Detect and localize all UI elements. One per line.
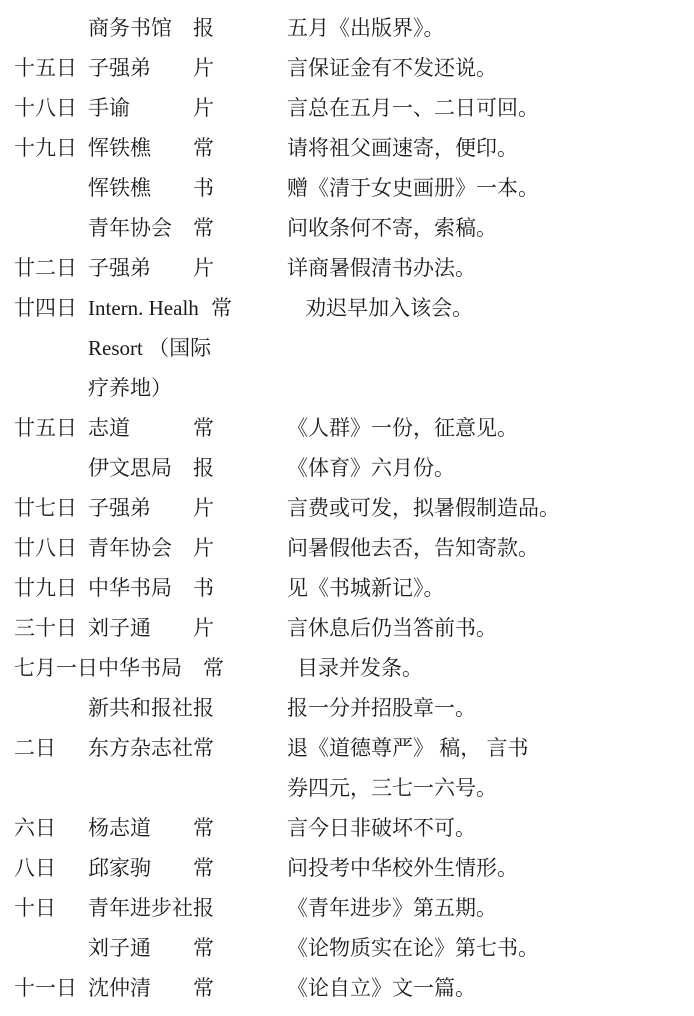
description-cell: 言总在五月一、二日可回。 — [287, 88, 680, 128]
correspondent-cell: 青年协会 — [88, 208, 193, 248]
table-row: 三十日 刘子通 片 言休息后仍当答前书。 — [14, 608, 680, 648]
description-cell: 问投考中华校外生情形。 — [287, 848, 680, 888]
description-cell: 言今日非破坏不可。 — [287, 808, 680, 848]
date-cell: 十日 — [14, 888, 88, 928]
correspondent-cell: 邱家驹 — [88, 848, 193, 888]
table-row: 廿八日 青年协会 片 问暑假他去否，告知寄款。 — [14, 528, 680, 568]
letter-type-cell: 常 — [193, 928, 287, 968]
correspondent-cell: 刘子通 — [88, 928, 193, 968]
date-cell: 廿五日 — [14, 408, 88, 448]
correspondent-cell: 子强弟 — [88, 48, 193, 88]
description-cell: 《青年进步》第五期。 — [287, 888, 680, 928]
table-row: 青年协会 常 问收条何不寄，索稿。 — [14, 208, 680, 248]
correspondent-cell: 杨志道 — [88, 808, 193, 848]
table-row: 十九日 恽铁樵 常 请将祖父画速寄，便印。 — [14, 128, 680, 168]
letter-type-cell: 常 — [193, 808, 287, 848]
letter-type-cell: 常 — [193, 968, 287, 1008]
table-row: 廿五日 志道 常 《人群》一份，征意见。 — [14, 408, 680, 448]
description-cell: 《论自立》文一篇。 — [287, 968, 680, 1008]
table-row: 刘子通 常 《论物质实在论》第七书。 — [14, 928, 680, 968]
date-cell: 廿九日 — [14, 568, 88, 608]
letter-type-cell: 常 — [211, 288, 305, 328]
letter-type-cell: 片 — [193, 528, 287, 568]
correspondent-cell: 恽铁樵 — [88, 168, 193, 208]
date-cell: 八日 — [14, 848, 88, 888]
ledger-page: 商务书馆 报 五月《出版界》。 十五日 子强弟 片 言保证金有不发还说。 十八日… — [0, 0, 694, 1016]
date-cell: 廿二日 — [14, 248, 88, 288]
table-row: 廿七日 子强弟 片 言费或可发，拟暑假制造品。 — [14, 488, 680, 528]
letter-type-cell: 报 — [193, 8, 287, 48]
description-cell: 见《书城新记》。 — [287, 568, 680, 608]
date-cell: 十五日 — [14, 48, 88, 88]
letter-type-cell: 报 — [193, 888, 287, 928]
letter-type-cell: 片 — [193, 88, 287, 128]
description-cell: 言费或可发，拟暑假制造品。 — [287, 488, 680, 528]
description-cell: 劝迟早加入该会。 — [305, 288, 680, 328]
letter-type-cell: 片 — [193, 48, 287, 88]
date-cell: 十八日 — [14, 88, 88, 128]
date-cell: 三十日 — [14, 608, 88, 648]
description-cell: 详商暑假清书办法。 — [287, 248, 680, 288]
description-cell: 请将祖父画速寄，便印。 — [287, 128, 680, 168]
description-cell: 目录并发条。 — [297, 648, 680, 688]
description-cell: 报一分并招股章一。 — [287, 688, 680, 728]
table-row: 七月一日 中华书局 常 目录并发条。 — [14, 648, 680, 688]
description-cell: 言休息后仍当答前书。 — [287, 608, 680, 648]
date-cell: 廿七日 — [14, 488, 88, 528]
letter-type-cell: 报 — [193, 688, 287, 728]
description-cell: 赠《清于女史画册》一本。 — [287, 168, 680, 208]
correspondent-cell: 刘子通 — [88, 608, 193, 648]
letter-type-cell: 书 — [193, 168, 287, 208]
letter-type-cell: 常 — [193, 128, 287, 168]
correspondent-cell: 中华书局 — [98, 648, 203, 688]
table-row: 新共和报社 报 报一分并招股章一。 — [14, 688, 680, 728]
description-cell: 问暑假他去否，告知寄款。 — [287, 528, 680, 568]
correspondent-cell: 中华书局 — [88, 568, 193, 608]
description-cell: 退《道德尊严》 稿， 言书 券四元，三七一六号。 — [287, 728, 680, 808]
description-cell: 《论物质实在论》第七书。 — [287, 928, 680, 968]
correspondent-cell: 子强弟 — [88, 248, 193, 288]
letter-type-cell: 常 — [193, 728, 287, 768]
description-cell: 言保证金有不发还说。 — [287, 48, 680, 88]
date-cell: 廿四日 — [14, 288, 88, 328]
letter-type-cell: 报 — [193, 448, 287, 488]
correspondent-cell: 青年协会 — [88, 528, 193, 568]
table-row: 商务书馆 报 五月《出版界》。 — [14, 8, 680, 48]
letter-type-cell: 常 — [193, 208, 287, 248]
table-row: 恽铁樵 书 赠《清于女史画册》一本。 — [14, 168, 680, 208]
correspondence-table: 商务书馆 报 五月《出版界》。 十五日 子强弟 片 言保证金有不发还说。 十八日… — [14, 8, 680, 1008]
letter-type-cell: 书 — [193, 568, 287, 608]
correspondent-cell: 恽铁樵 — [88, 128, 193, 168]
table-row: 六日 杨志道 常 言今日非破坏不可。 — [14, 808, 680, 848]
correspondent-cell: 沈仲清 — [88, 968, 193, 1008]
date-cell: 十九日 — [14, 128, 88, 168]
correspondent-cell: 伊文思局 — [88, 448, 193, 488]
correspondent-cell: 青年进步社 — [88, 888, 193, 928]
date-cell: 七月一日 — [14, 648, 98, 688]
correspondent-cell: 东方杂志社 — [88, 728, 193, 768]
correspondent-cell: 商务书馆 — [88, 8, 193, 48]
date-cell: 廿八日 — [14, 528, 88, 568]
correspondent-cell: 志道 — [88, 408, 193, 448]
date-cell: 六日 — [14, 808, 88, 848]
correspondent-cell: 子强弟 — [88, 488, 193, 528]
letter-type-cell: 常 — [193, 848, 287, 888]
description-cell: 《人群》一份，征意见。 — [287, 408, 680, 448]
table-row: 廿二日 子强弟 片 详商暑假清书办法。 — [14, 248, 680, 288]
table-row: 十日 青年进步社 报 《青年进步》第五期。 — [14, 888, 680, 928]
table-row: 十八日 手谕 片 言总在五月一、二日可回。 — [14, 88, 680, 128]
letter-type-cell: 常 — [193, 408, 287, 448]
table-row: 二日 东方杂志社 常 退《道德尊严》 稿， 言书 券四元，三七一六号。 — [14, 728, 680, 808]
letter-type-cell: 片 — [193, 248, 287, 288]
letter-type-cell: 片 — [193, 608, 287, 648]
description-cell: 问收条何不寄，索稿。 — [287, 208, 680, 248]
table-row: 十一日 沈仲清 常 《论自立》文一篇。 — [14, 968, 680, 1008]
table-row: 伊文思局 报 《体育》六月份。 — [14, 448, 680, 488]
date-cell: 二日 — [14, 728, 88, 768]
table-row: 十五日 子强弟 片 言保证金有不发还说。 — [14, 48, 680, 88]
correspondent-cell: 手谕 — [88, 88, 193, 128]
table-row: 八日 邱家驹 常 问投考中华校外生情形。 — [14, 848, 680, 888]
letter-type-cell: 常 — [203, 648, 297, 688]
description-cell: 五月《出版界》。 — [287, 8, 680, 48]
table-row: 廿九日 中华书局 书 见《书城新记》。 — [14, 568, 680, 608]
letter-type-cell: 片 — [193, 488, 287, 528]
correspondent-cell: Intern. Healh Resort （国际 疗养地） — [88, 288, 211, 408]
correspondent-cell: 新共和报社 — [88, 688, 193, 728]
description-cell: 《体育》六月份。 — [287, 448, 680, 488]
table-row: 廿四日 Intern. Healh Resort （国际 疗养地） 常 劝迟早加… — [14, 288, 680, 408]
date-cell: 十一日 — [14, 968, 88, 1008]
